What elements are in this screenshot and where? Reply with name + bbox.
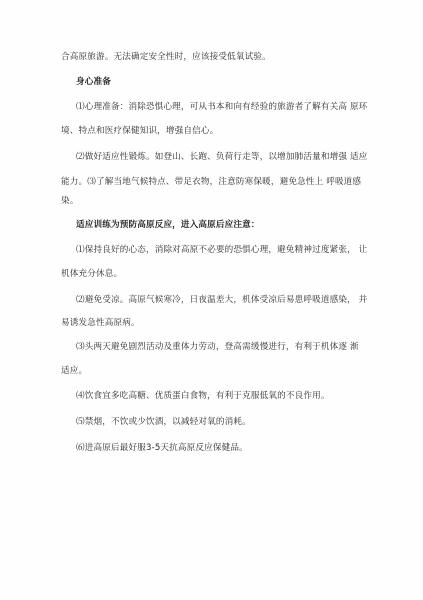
list-item-1-cont: 机体充分休息。 [61, 268, 122, 280]
paragraph-adaptive-exercise-end: 染。 [61, 195, 79, 207]
paragraph-adaptive-exercise-cont: 能力。⑶了解当地气候特点、带足衣物，注意防寒保暖，避免急性上 呼吸道感 [61, 176, 361, 188]
document-page: 合高原旅游。无法确定安全性时，应该接受低氧试验。 身心准备 ⑴心理准备：消除恐惧… [0, 0, 423, 600]
list-item-1: ⑴保持良好的心态，消除对高原不必要的恐惧心理，避免精神过度紧张， 让 [76, 244, 367, 256]
list-item-2: ⑵避免受凉。高原气候寒冷，日夜温差大，机体受凉后易患呼吸道感染， 并 [76, 294, 367, 306]
list-item-3-cont: 适应。 [61, 365, 87, 377]
paragraph-adaptive-exercise: ⑵做好适应性锻炼。如登山、长跑、负荷行走等，以增加肺活量和增强 适应 [76, 151, 367, 163]
list-item-6: ⑹进高原后最好服3-5天抗高原反应保健品。 [76, 442, 248, 454]
paragraph-continuation: 合高原旅游。无法确定安全性时，应该接受低氧试验。 [61, 51, 271, 63]
list-item-4: ⑷饮食宜多吃高糖、优质蛋白食物，有利于克服低氧的不良作用。 [76, 390, 330, 402]
section-heading-adaptation-training: 适应训练为预防高原反应，进入高原后应注意： [76, 219, 260, 231]
list-item-5: ⑸禁烟，不饮或少饮酒，以减轻对氧的消耗。 [76, 416, 251, 428]
paragraph-psychological-prep: ⑴心理准备：消除恐惧心理，可从书本和向有经验的旅游者了解有关高 原环 [76, 101, 367, 113]
paragraph-psychological-prep-cont: 境、特点和医疗保健知识，增强自信心。 [61, 125, 218, 137]
section-heading-mind-body-preparation: 身心准备 [76, 76, 111, 88]
list-item-3: ⑶头两天避免剧烈活动及重体力劳动，登高需缓慢进行，有利于机体逐 渐 [76, 341, 359, 353]
list-item-2-cont: 易诱发急性高原病。 [61, 317, 140, 329]
